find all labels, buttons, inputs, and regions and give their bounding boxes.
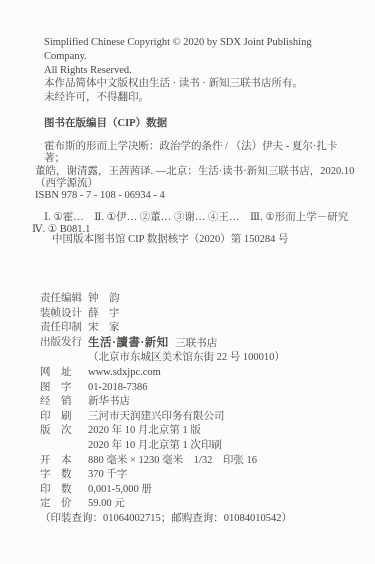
- inquiry-phone-line: （印装查询：01064002715；邮购查询：01084010542）: [40, 512, 363, 527]
- copyright-english-line-2: All Rights Reserved.: [44, 64, 355, 78]
- sdx-publisher-logotype: 生活·讀書·新知: [88, 337, 169, 349]
- colophon-row-word-count: 字 数 370 千字: [40, 468, 363, 483]
- cip-entry-line-2: 董皓，谢清露，王茜茜译. —北京：生活·读书·新知三联书店，2020.10: [35, 166, 357, 178]
- copyright-chinese-line-1: 本作品简体中文版权由生活 · 读书 · 新知三联书店所有。: [44, 77, 355, 91]
- edition-printing-line: 2020 年 10 月北京第 1 次印刷: [40, 439, 363, 454]
- website-value: www.sdxjpc.com: [88, 366, 363, 381]
- edition-label: 版 次: [40, 424, 88, 439]
- cip-isbn: ISBN 978 - 7 - 108 - 06934 - 4: [35, 190, 357, 202]
- publisher-value: 生活·讀書·新知 三联书店: [88, 336, 363, 352]
- print-run-value: 0,001-5,000 册: [88, 483, 363, 498]
- format-label: 开 本: [40, 454, 88, 469]
- colophon-row-price: 定 价 59.00 元: [40, 497, 363, 512]
- price-label: 定 价: [40, 497, 88, 512]
- price-value: 59.00 元: [88, 497, 363, 512]
- format-value: 880 毫米 × 1230 毫米 1/32 印张 16: [88, 454, 363, 469]
- license-number-value: 01-2018-7386: [88, 381, 363, 396]
- distributor-value: 新华书店: [88, 395, 363, 410]
- cip-header: 图书在版编目（CIP）数据: [44, 118, 357, 130]
- publisher-label: 出版发行: [40, 336, 88, 352]
- designer-label: 装帧设计: [40, 307, 88, 322]
- colophon-row-print-run: 印 数 0,001-5,000 册: [40, 483, 363, 498]
- publisher-name: 三联书店: [175, 338, 217, 349]
- colophon-row-editor: 责任编辑 钟 韵: [40, 292, 363, 307]
- cip-registry-number: 中国版本图书馆 CIP 数据核字（2020）第 150284 号: [52, 231, 288, 246]
- editor-value: 钟 韵: [88, 292, 363, 307]
- cip-spacer: [35, 202, 357, 212]
- designer-value: 薛 宇: [88, 307, 363, 322]
- distributor-label: 经 销: [40, 395, 88, 410]
- publisher-address: （北京市东城区美术馆东街 22 号 100010）: [40, 351, 363, 366]
- colophon-row-format: 开 本 880 毫米 × 1230 毫米 1/32 印张 16: [40, 454, 363, 469]
- colophon-row-publisher: 出版发行 生活·讀書·新知 三联书店: [40, 336, 363, 352]
- word-count-label: 字 数: [40, 468, 88, 483]
- website-label: 网 址: [40, 366, 88, 381]
- colophon-row-website: 网 址 www.sdxjpc.com: [40, 366, 363, 381]
- cip-data-block: 图书在版编目（CIP）数据 霍布斯的形而上学决断：政治学的条件 / （法）伊夫 …: [35, 118, 357, 237]
- colophon-row-print-supervisor: 责任印制 宋 家: [40, 321, 363, 336]
- printer-label: 印 刷: [40, 410, 88, 425]
- word-count-value: 370 千字: [88, 468, 363, 483]
- edition-value: 2020 年 10 月北京第 1 版: [88, 424, 363, 439]
- colophon-row-license-number: 图 字 01-2018-7386: [40, 381, 363, 396]
- copyright-notice-block: Simplified Chinese Copyright © 2020 by S…: [44, 36, 355, 105]
- print-run-label: 印 数: [40, 483, 88, 498]
- print-supervisor-label: 责任印制: [40, 321, 88, 336]
- cip-entry-line-1: 霍布斯的形而上学决断：政治学的条件 / （法）伊夫 - 夏尔·扎卡著；: [44, 141, 357, 165]
- print-supervisor-value: 宋 家: [88, 321, 363, 336]
- license-number-label: 图 字: [40, 381, 88, 396]
- cip-series-title: （西学源流）: [35, 178, 357, 190]
- printer-value: 三河市天润建兴印务有限公司: [88, 410, 363, 425]
- colophon-row-edition: 版 次 2020 年 10 月北京第 1 版: [40, 424, 363, 439]
- editor-label: 责任编辑: [40, 292, 88, 307]
- copyright-english-line-1: Simplified Chinese Copyright © 2020 by S…: [44, 36, 355, 64]
- colophon-block: 责任编辑 钟 韵 装帧设计 薛 宇 责任印制 宋 家 出版发行 生活·讀書·新知…: [40, 292, 363, 527]
- copyright-chinese-line-2: 未经许可，不得翻印。: [44, 91, 355, 105]
- cip-classification-line-1: Ⅰ. ①霍… Ⅱ. ①伊… ②董… ③谢… ④王… Ⅲ. ①形而上学－研究: [44, 212, 357, 224]
- colophon-row-printer: 印 刷 三河市天润建兴印务有限公司: [40, 410, 363, 425]
- colophon-row-distributor: 经 销 新华书店: [40, 395, 363, 410]
- book-copyright-page: Simplified Chinese Copyright © 2020 by S…: [0, 0, 375, 564]
- colophon-row-designer: 装帧设计 薛 宇: [40, 307, 363, 322]
